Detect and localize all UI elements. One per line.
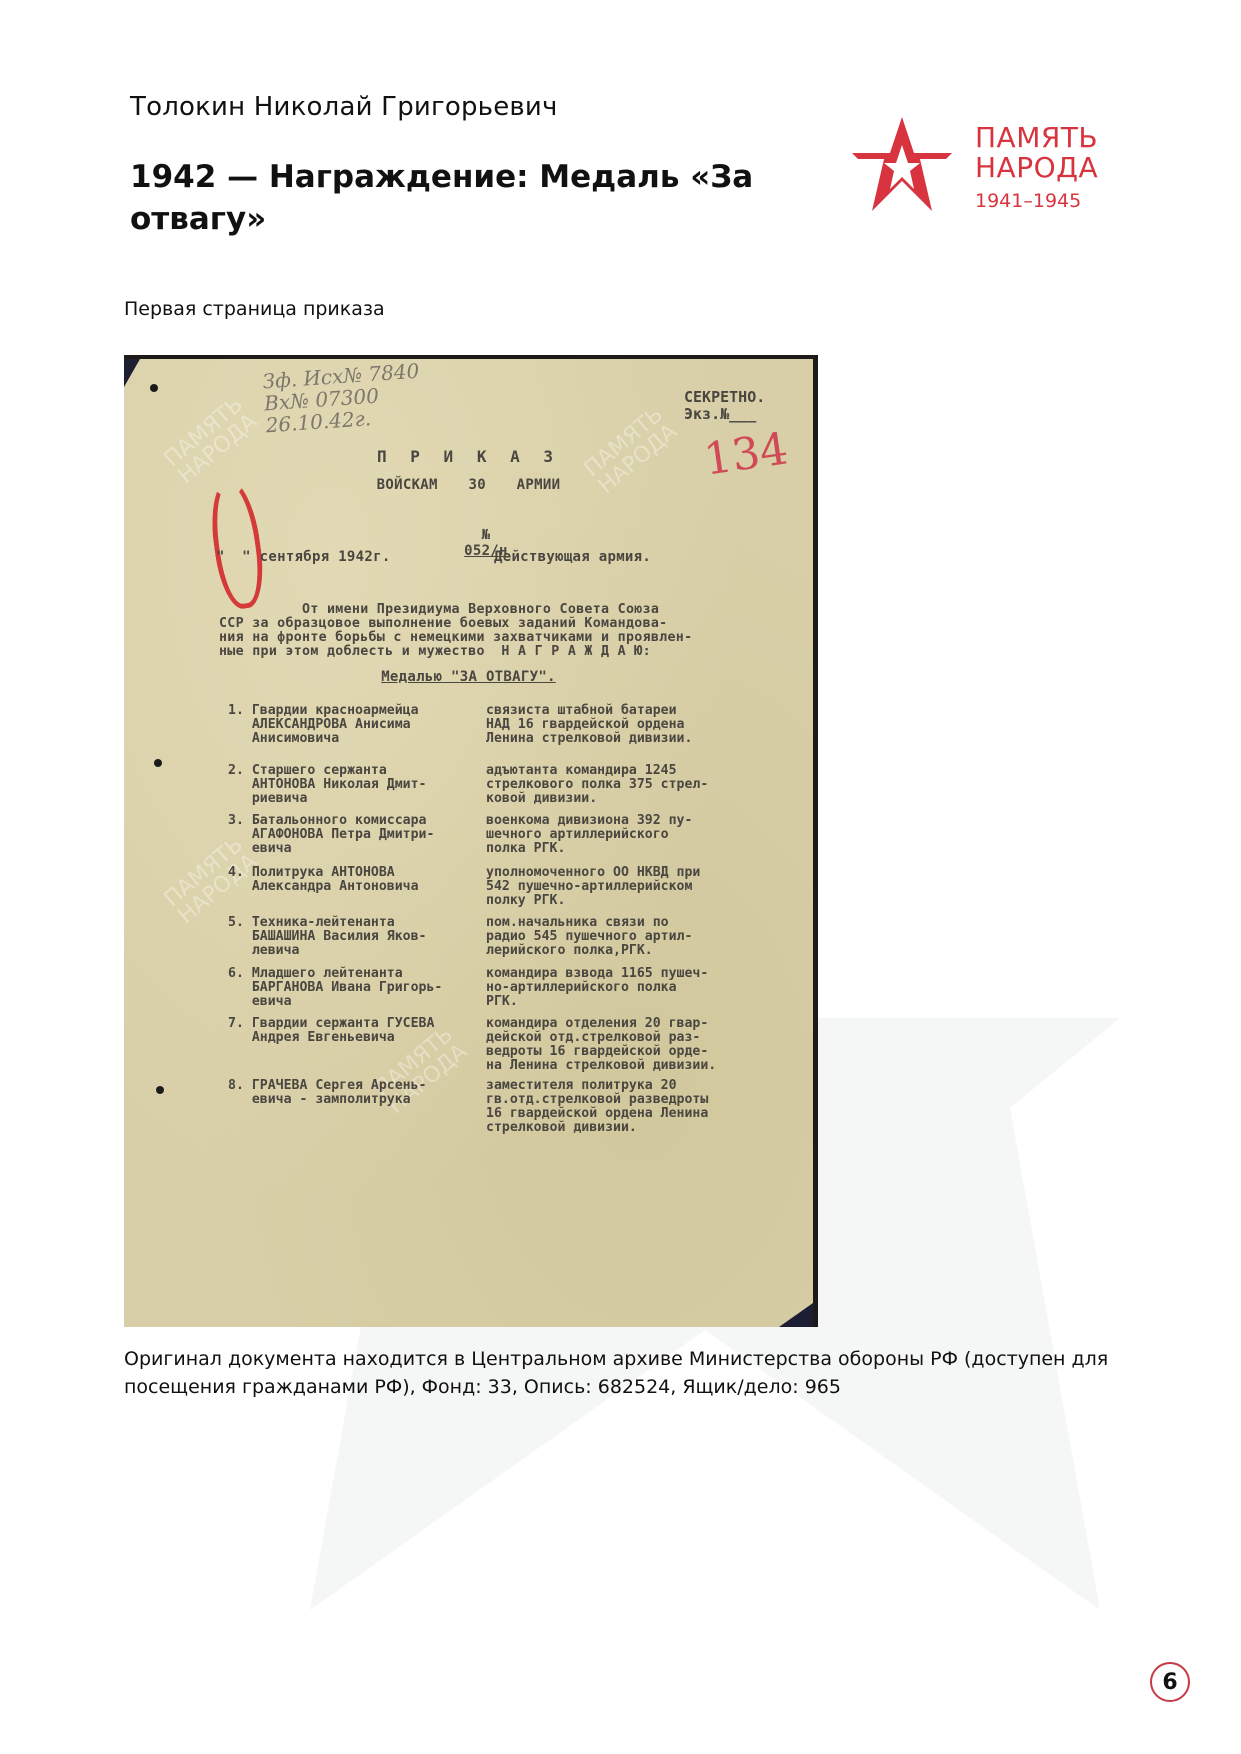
archive-source-note: Оригинал документа находится в Центральн…	[124, 1345, 1114, 1401]
page-number-badge: 6	[1150, 1662, 1190, 1702]
awardee-name: 1. Гвардии красноармейца АЛЕКСАНДРОВА Ан…	[228, 704, 468, 746]
person-name: Толокин Николай Григорьевич	[130, 92, 558, 122]
order-preamble: От имени Президиума Верховного Совета Со…	[219, 603, 692, 659]
awardee-name: 3. Батальонного комиссара АГАФОНОВА Петр…	[228, 814, 468, 856]
scan-corner-shadow	[779, 1303, 813, 1327]
secret-stamp-line: СЕКРЕТНО.	[684, 389, 765, 406]
watermark-text: ПАМЯТЬ НАРОДА	[161, 394, 262, 488]
order-place: Действующая армия.	[494, 549, 651, 565]
punch-hole	[156, 1086, 164, 1094]
logo-years: 1941–1945	[975, 190, 1081, 212]
awardee-name: 5. Техника-лейтенанта БАШАШИНА Василия Я…	[228, 916, 468, 958]
logo-line2: НАРОДА	[975, 153, 1098, 183]
awardee-position: пом.начальника связи по радио 545 пушечн…	[486, 916, 796, 958]
secret-stamp: СЕКРЕТНО.Экз.№___	[684, 389, 765, 423]
awardee-position: военкома дивизиона 392 пу- шечного артил…	[486, 814, 796, 856]
medal-heading: Медалью "ЗА ОТВАГУ".	[124, 669, 813, 685]
document-scan: Зф. Исх№ 7840Вх№ 0730026.10.42г. СЕКРЕТН…	[124, 355, 818, 1327]
awardee-position: командира взвода 1165 пушеч- но-артиллер…	[486, 967, 796, 1009]
red-star-icon	[850, 115, 954, 215]
scan-caption: Первая страница приказа	[124, 298, 385, 320]
preamble-line: ные при этом доблесть и мужество Н А Г Р…	[219, 645, 692, 659]
awardee-position: связиста штабной батареи НАД 16 гвардейс…	[486, 704, 796, 746]
awardee-name: 6. Младшего лейтенанта БАРГАНОВА Ивана Г…	[228, 967, 468, 1009]
pamyat-naroda-logo: ПАМЯТЬ НАРОДА 1941–1945	[850, 115, 1120, 220]
awardee-name: 8. ГРАЧЕВА Сергея Арсень- евича - зампол…	[228, 1079, 468, 1107]
preamble-line: ССР за образцовое выполнение боевых зада…	[219, 617, 692, 631]
page-number: 6	[1162, 1670, 1177, 1695]
logo-line1: ПАМЯТЬ	[975, 123, 1098, 153]
order-date: " " сентября 1942г.	[216, 549, 391, 565]
order-heading: П Р И К А З	[124, 447, 813, 466]
awardee-position: заместителя политрука 20 гв.отд.стрелков…	[486, 1079, 796, 1135]
awardee-position: командира отделения 20 гвар- дейской отд…	[486, 1017, 796, 1073]
awardee-name: 2. Старшего сержанта АНТОНОВА Николая Дм…	[228, 764, 468, 806]
scan-corner-shadow	[124, 359, 140, 387]
punch-hole	[150, 384, 158, 392]
awardee-name: 4. Политрука АНТОНОВА Александра Антонов…	[228, 866, 468, 894]
award-title: 1942 — Награждение: Медаль «За отвагу»	[130, 156, 770, 240]
preamble-line: От имени Президиума Верховного Совета Со…	[219, 603, 692, 617]
punch-hole	[154, 759, 162, 767]
awardee-name: 7. Гвардии сержанта ГУСЕВА Андрея Евгень…	[228, 1017, 468, 1045]
order-number-prefix: №	[482, 527, 491, 543]
awardee-position: адъютанта командира 1245 стрелкового пол…	[486, 764, 796, 806]
order-army-line: ВОЙСКАМ 30 АРМИИ	[124, 477, 813, 493]
handwritten-note: Зф. Исх№ 7840Вх№ 0730026.10.42г.	[262, 360, 423, 437]
order-number: № 052/н	[124, 511, 813, 575]
preamble-line: ния на фронте борьбы с немецкими захватч…	[219, 631, 692, 645]
logo-wordmark: ПАМЯТЬ НАРОДА	[975, 123, 1098, 183]
secret-stamp-line: Экз.№___	[684, 406, 765, 423]
awardee-position: уполномоченного ОО НКВД при 542 пушечно-…	[486, 866, 796, 908]
